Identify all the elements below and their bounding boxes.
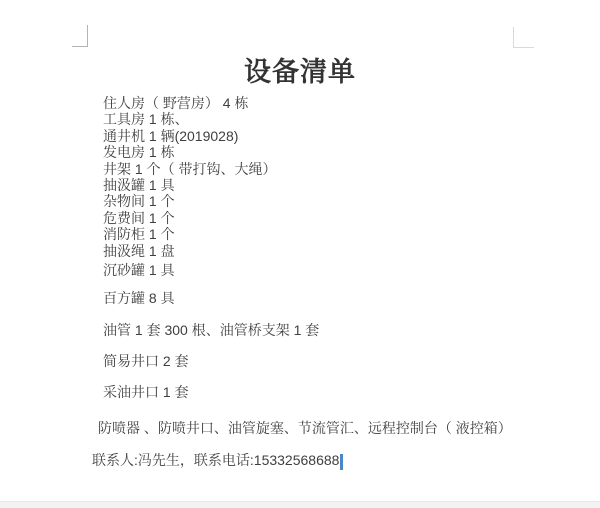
equipment-line[interactable]: 发电房 1 栋 xyxy=(103,144,276,160)
spaced-item-line[interactable]: 油管 1 套 300 根、油管桥支架 1 套 xyxy=(103,322,319,338)
text-cursor-caret xyxy=(340,454,343,470)
equipment-line[interactable]: 工具房 1 栋、 xyxy=(103,111,276,127)
equipment-line[interactable]: 消防柜 1 个 xyxy=(103,226,276,242)
page-margin-mark-top-right xyxy=(513,27,534,48)
equipment-line[interactable]: 抽汲绳 1 盘 xyxy=(103,243,276,259)
contact-line[interactable]: 联系人:冯先生，联系电话:15332568688 xyxy=(92,452,343,468)
page-margin-mark-top-left xyxy=(72,25,88,47)
spaced-item-line[interactable]: 简易井口 2 套 xyxy=(103,353,189,369)
equipment-list-block[interactable]: 住人房（ 野营房） 4 栋 工具房 1 栋、 通井机 1 辆(2019028) … xyxy=(103,95,276,259)
equipment-line[interactable]: 住人房（ 野营房） 4 栋 xyxy=(103,95,276,111)
equipment-line[interactable]: 杂物间 1 个 xyxy=(103,193,276,209)
bottom-edge-strip xyxy=(0,501,600,508)
accessories-line[interactable]: 防喷器 、防喷井口、油管旋塞、节流管汇、远程控制台（ 液控箱） xyxy=(98,420,512,436)
spaced-item-line[interactable]: 百方罐 8 具 xyxy=(103,290,175,306)
equipment-line[interactable]: 危费间 1 个 xyxy=(103,210,276,226)
contact-text: 联系人:冯先生，联系电话:15332568688 xyxy=(92,452,339,468)
equipment-line[interactable]: 抽汲罐 1 具 xyxy=(103,177,276,193)
equipment-line[interactable]: 井架 1 个（ 带打钩、大绳） xyxy=(103,161,276,177)
spaced-item-line[interactable]: 沉砂罐 1 具 xyxy=(103,262,175,278)
spaced-item-line[interactable]: 采油井口 1 套 xyxy=(103,384,189,400)
equipment-line[interactable]: 通井机 1 辆(2019028) xyxy=(103,128,276,144)
document-title[interactable]: 设备清单 xyxy=(0,50,600,89)
document-canvas[interactable]: 设备清单 住人房（ 野营房） 4 栋 工具房 1 栋、 通井机 1 辆(2019… xyxy=(0,0,600,508)
